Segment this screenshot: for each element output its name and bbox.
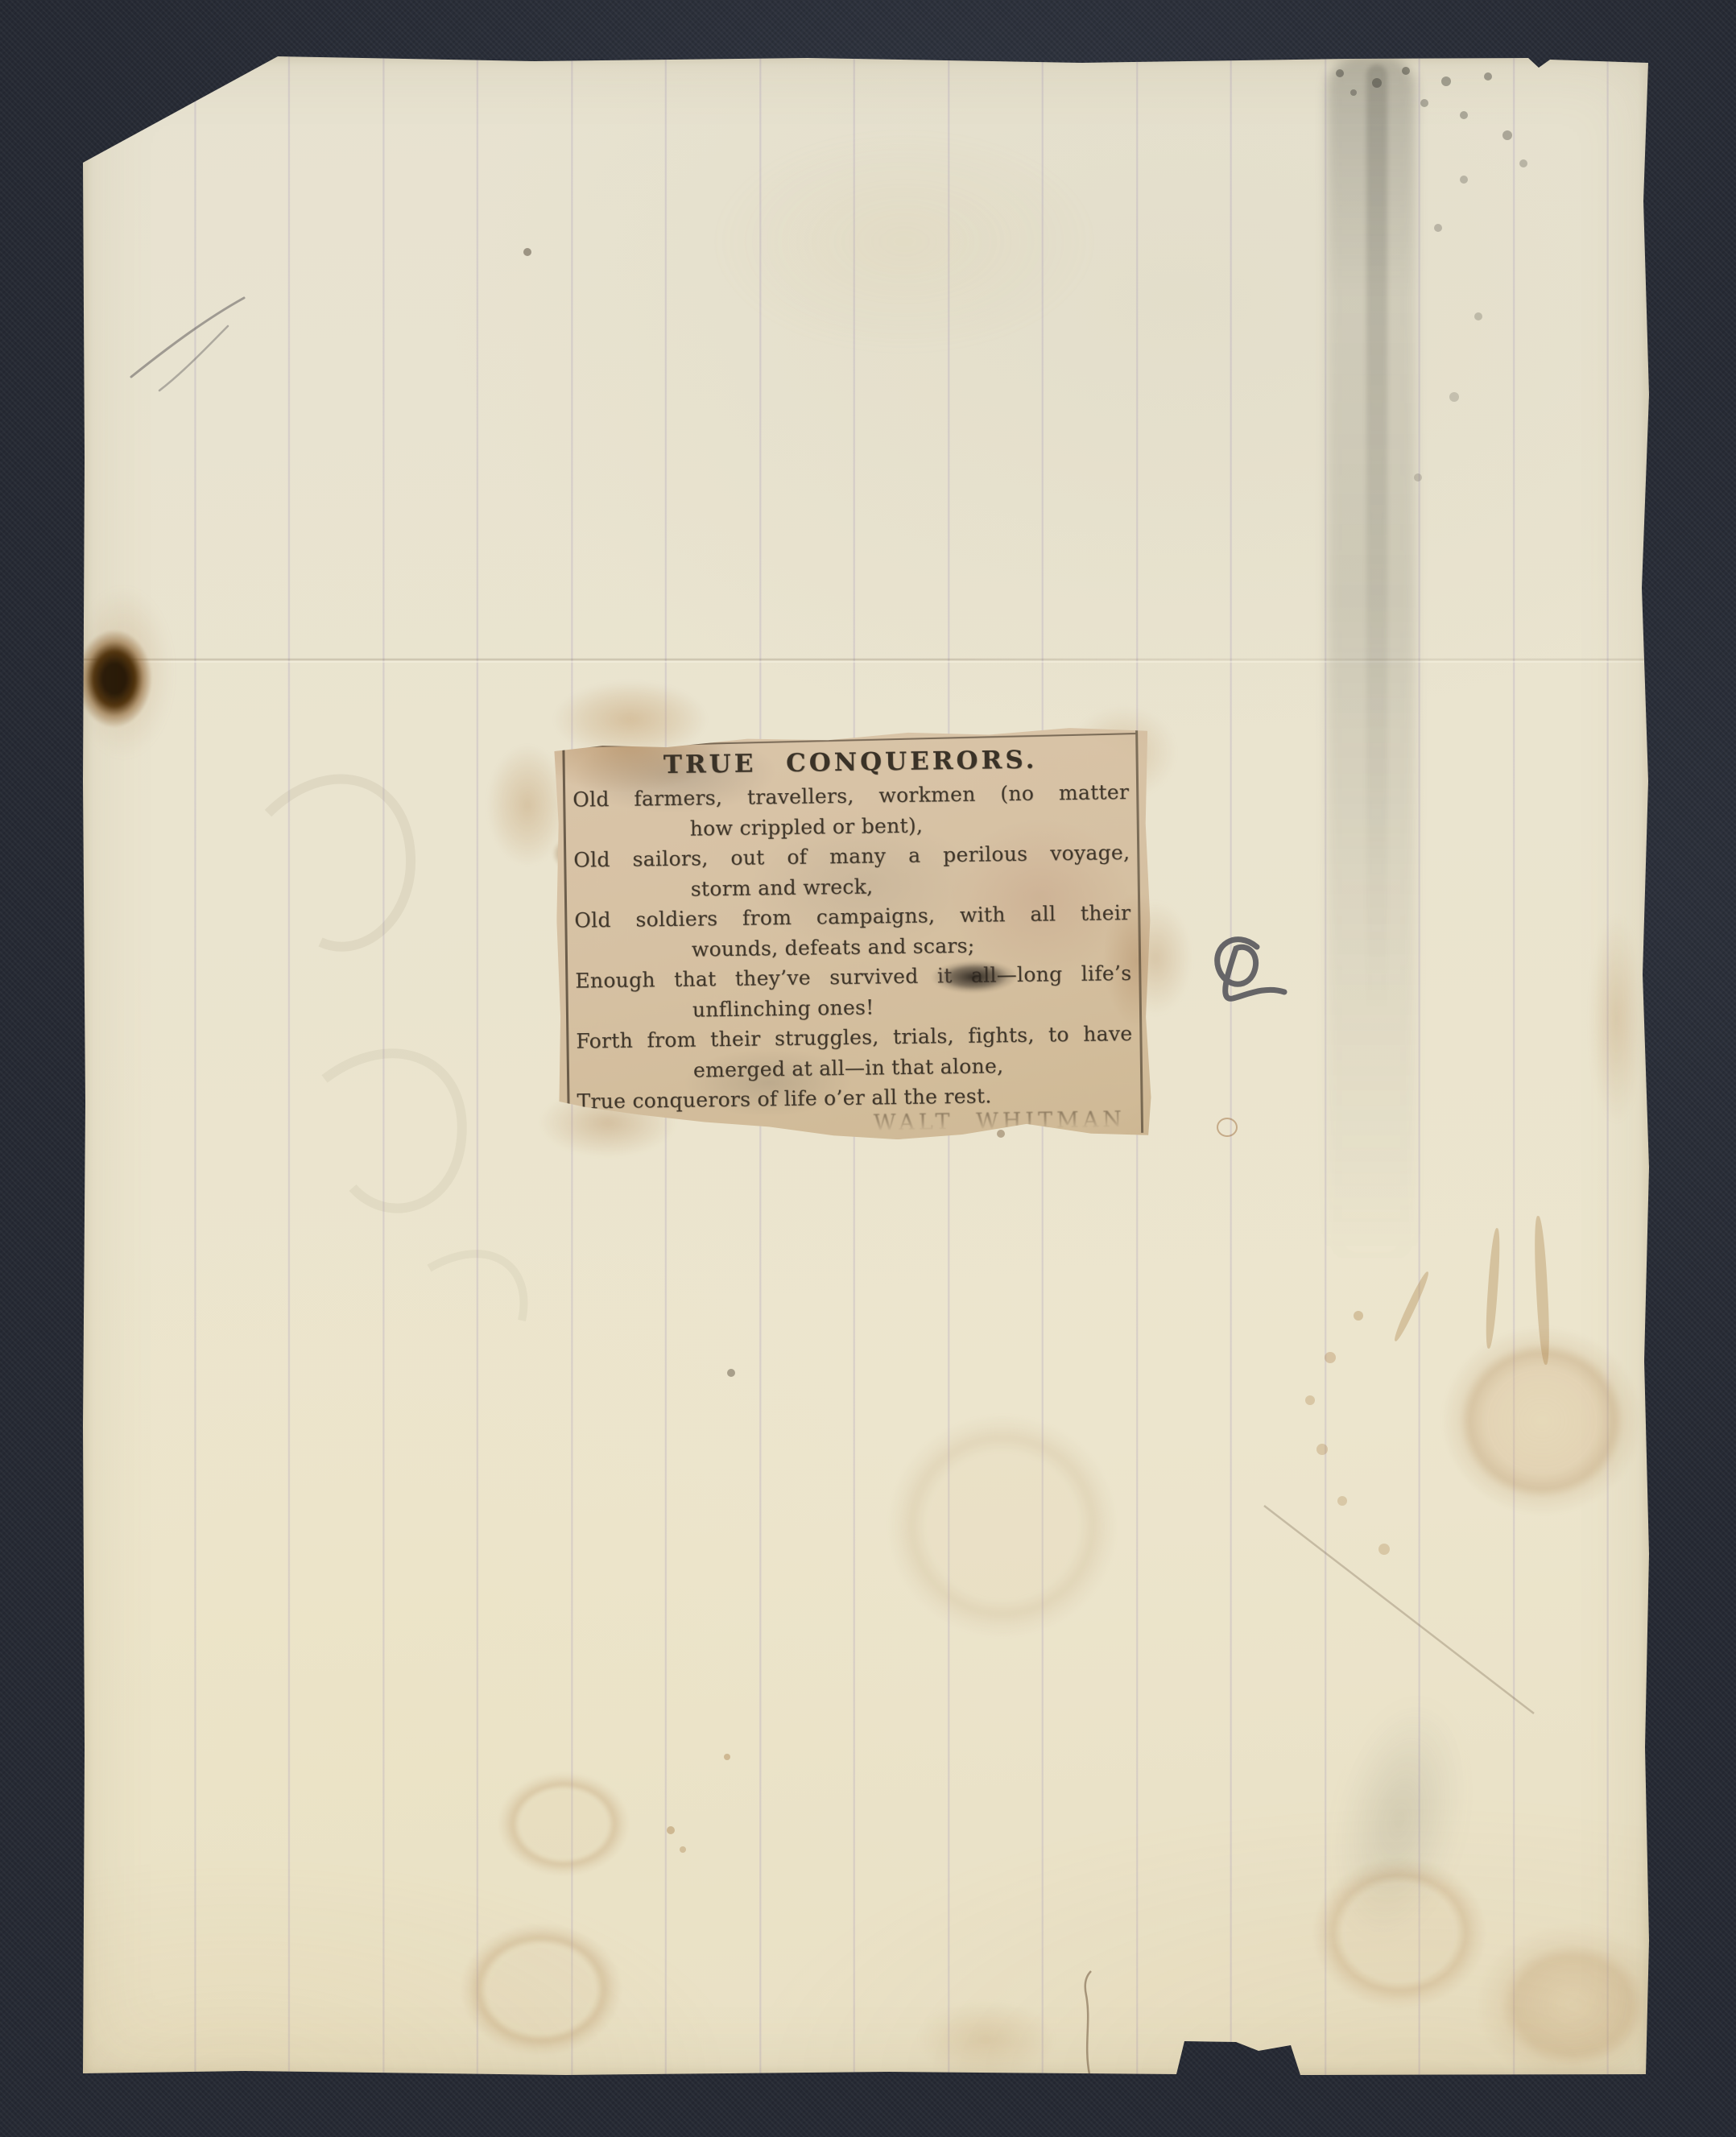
graphite-smudge-core [1366,64,1387,1015]
clipping-border-rule-right [1135,730,1143,1133]
newspaper-clipping: TRUE CONQUERORS. Old farmers, travellers… [554,719,1153,1147]
clipping-text-block: TRUE CONQUERORS. Old farmers, travellers… [572,740,1133,1117]
manuscript-page: TRUE CONQUERORS. Old farmers, travellers… [83,56,1649,2075]
scan-canvas: TRUE CONQUERORS. Old farmers, travellers… [0,0,1736,2137]
ink-blot: it all [937,963,997,987]
clipping-border-rule-left [562,748,570,1139]
poem-line-7-pre: Enough that they’ve survived [575,964,937,992]
